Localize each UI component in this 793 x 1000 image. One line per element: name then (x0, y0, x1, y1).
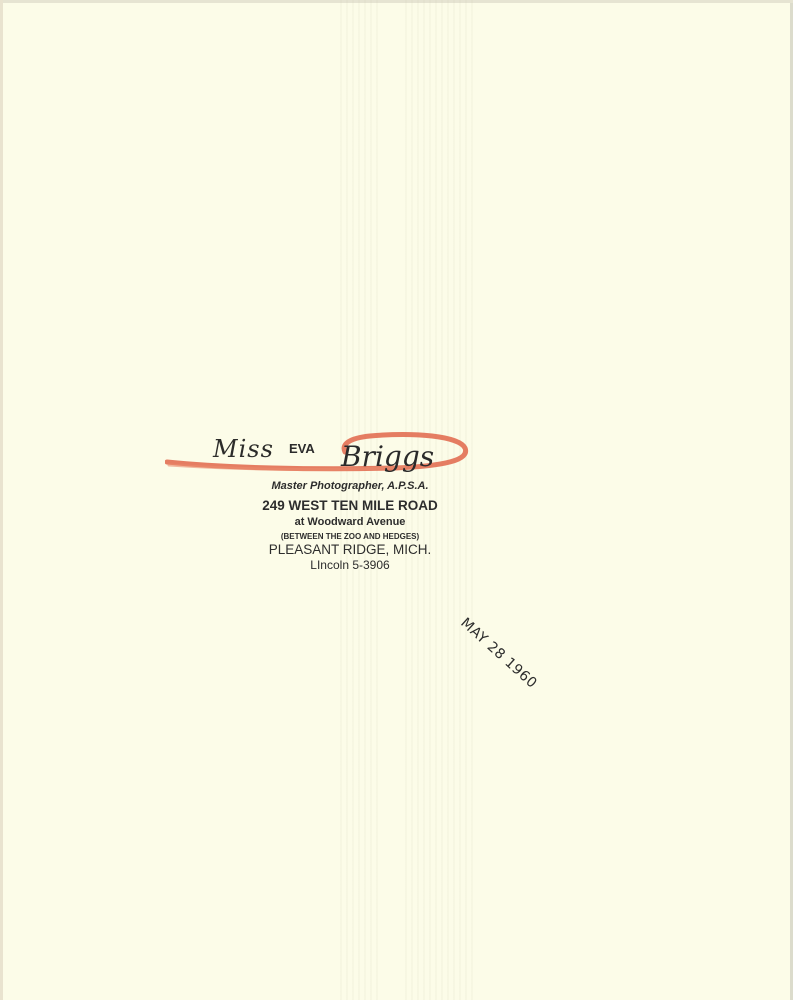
address-line-1: 249 WEST TEN MILE ROAD (235, 498, 465, 513)
city: PLEASANT RIDGE, MICH. (235, 542, 465, 557)
first-name: EVA (289, 441, 315, 456)
surname: Briggs (341, 440, 434, 473)
address-line-2: at Woodward Avenue (235, 516, 465, 528)
photo-back-paper: Miss EVA Briggs Master Photographer, A.P… (0, 0, 793, 1000)
address-note: (BETWEEN THE ZOO AND HEDGES) (235, 532, 465, 541)
phone: LIncoln 5-3906 (235, 558, 465, 572)
photographer-title: Master Photographer, A.P.S.A. (235, 480, 465, 492)
photographer-stamp: Miss EVA Briggs Master Photographer, A.P… (165, 430, 475, 580)
handwritten-miss: Miss (213, 435, 274, 463)
